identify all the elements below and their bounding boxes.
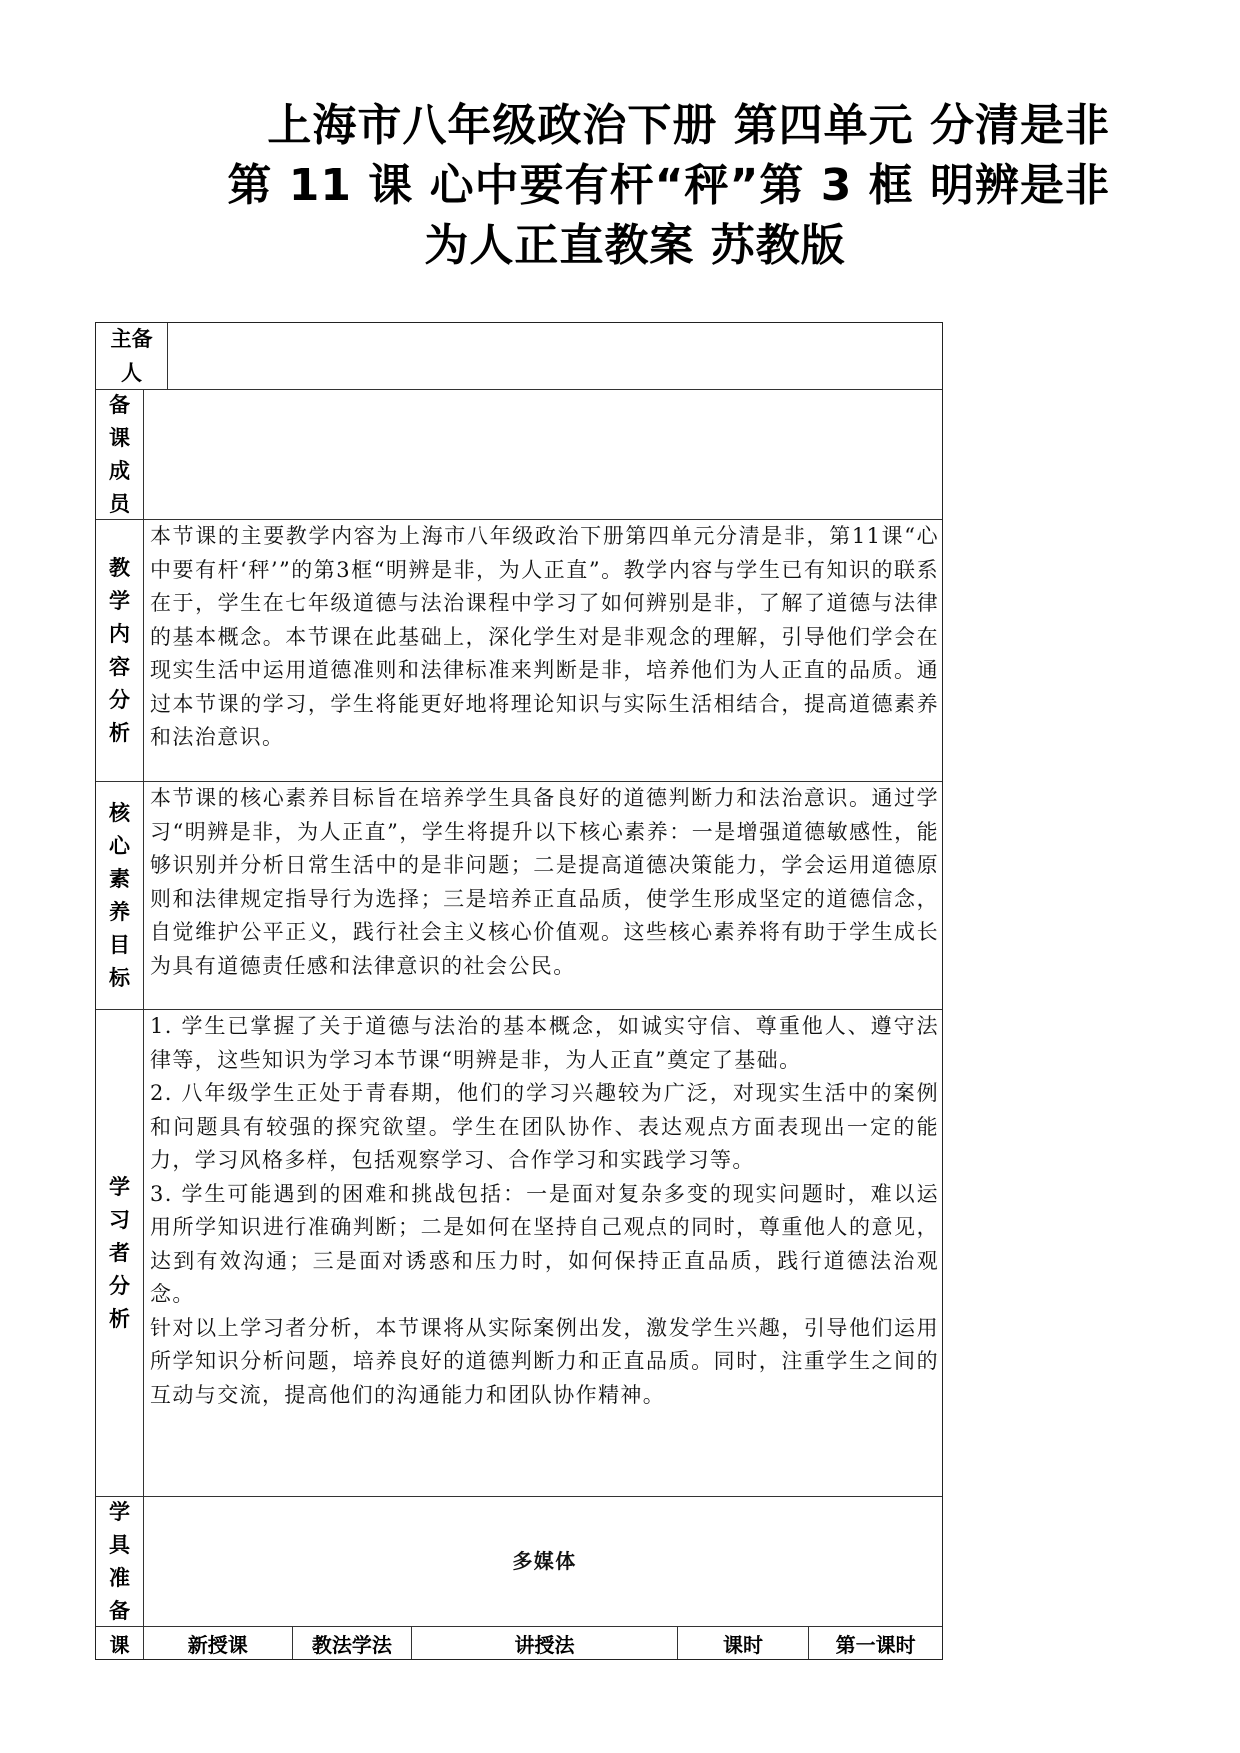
table-row-lesson-info: 课 新授课 教法学法 讲授法 课时 第一课时 (96, 1626, 942, 1659)
prep-members-value (144, 390, 942, 519)
table-row-lead-preparer: 主备人 (96, 323, 942, 389)
title-line-1: 上海市八年级政治下册 第四单元 分清是非 (120, 96, 1110, 156)
row-label-materials: 学具准备 (96, 1497, 144, 1626)
table-row-core-literacy-goals: 核心素养目标 本节课的核心素养目标旨在培养学生具备良好的道德判断力和法治意识。通… (96, 781, 942, 1009)
content-analysis-paragraph: 本节课的主要教学内容为上海市八年级政治下册第四单元分清是非，第11课“心中要有杆… (150, 520, 939, 755)
row-label-learner-analysis: 学习者分析 (96, 1010, 144, 1496)
core-literacy-goals-text: 本节课的核心素养目标旨在培养学生具备良好的道德判断力和法治意识。通过学习“明辨是… (144, 782, 942, 1009)
table-row-content-analysis: 教学内容分析 本节课的主要教学内容为上海市八年级政治下册第四单元分清是非，第11… (96, 519, 942, 781)
learner-analysis-item-1: 1. 学生已掌握了关于道德与法治的基本概念，如诚实守信、尊重他人、遵守法律等，这… (150, 1010, 939, 1077)
row-label-content-analysis: 教学内容分析 (96, 520, 144, 781)
teaching-method-value: 讲授法 (412, 1627, 677, 1659)
teaching-method-label: 教法学法 (293, 1627, 413, 1659)
document-title: 上海市八年级政治下册 第四单元 分清是非 第 11 课 心中要有杆“秤”第 3 … (120, 96, 1110, 276)
row-label-lead-preparer: 主备人 (96, 323, 168, 389)
title-line-3: 为人正直教案 苏教版 (120, 216, 1110, 276)
lesson-type-value: 新授课 (144, 1627, 293, 1659)
learner-analysis-item-3: 3. 学生可能遇到的困难和挑战包括：一是面对复杂多变的现实问题时，难以运用所学知… (150, 1178, 939, 1312)
class-period-label: 课时 (678, 1627, 810, 1659)
table-row-learner-analysis: 学习者分析 1. 学生已掌握了关于道德与法治的基本概念，如诚实守信、尊重他人、遵… (96, 1009, 942, 1496)
title-line-2: 第 11 课 心中要有杆“秤”第 3 框 明辨是非 (120, 156, 1110, 216)
row-label-prep-members: 备课成员 (96, 390, 144, 519)
learner-analysis-text: 1. 学生已掌握了关于道德与法治的基本概念，如诚实守信、尊重他人、遵守法律等，这… (144, 1010, 942, 1496)
lesson-plan-table: 主备人 备课成员 教学内容分析 本节课的主要教学内容为上海市八年级政治下册第四单… (95, 322, 943, 1660)
core-literacy-paragraph: 本节课的核心素养目标旨在培养学生具备良好的道德判断力和法治意识。通过学习“明辨是… (150, 782, 939, 983)
learner-analysis-item-2: 2. 八年级学生正处于青春期，他们的学习兴趣较为广泛，对现实生活中的案例和问题具… (150, 1077, 939, 1178)
row-label-core-literacy-goals: 核心素养目标 (96, 782, 144, 1009)
materials-value: 多媒体 (144, 1497, 942, 1626)
class-period-value: 第一课时 (809, 1627, 942, 1659)
table-row-materials: 学具准备 多媒体 (96, 1496, 942, 1626)
lesson-type-label: 课 (96, 1627, 144, 1659)
content-analysis-text: 本节课的主要教学内容为上海市八年级政治下册第四单元分清是非，第11课“心中要有杆… (144, 520, 942, 781)
table-row-prep-members: 备课成员 (96, 389, 942, 519)
lead-preparer-value (168, 323, 942, 389)
learner-analysis-summary: 针对以上学习者分析，本节课将从实际案例出发，激发学生兴趣，引导他们运用所学知识分… (150, 1312, 939, 1413)
